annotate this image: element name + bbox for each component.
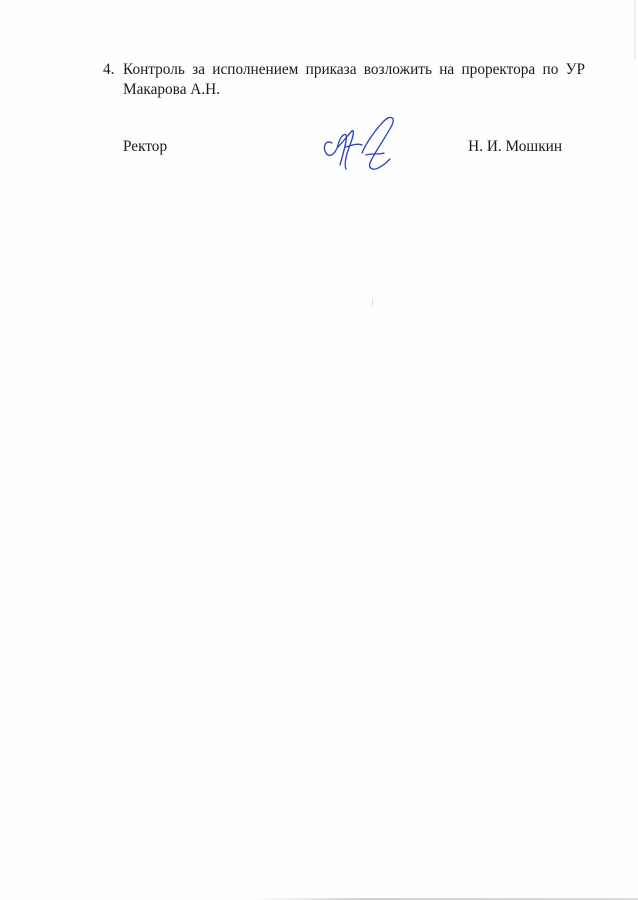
scan-edge bbox=[634, 0, 636, 60]
scan-artifact bbox=[372, 298, 373, 306]
list-item: 4. Контроль за исполнением приказа возло… bbox=[103, 60, 585, 99]
signatory-role: Ректор bbox=[123, 137, 167, 157]
list-item-text: Контроль за исполнением приказа возложит… bbox=[123, 60, 585, 99]
handwritten-signature-icon bbox=[318, 113, 408, 175]
document-page: 4. Контроль за исполнением приказа возло… bbox=[0, 0, 638, 900]
list-item-number: 4. bbox=[103, 60, 114, 80]
signatory-name: Н. И. Мошкин bbox=[468, 137, 562, 157]
